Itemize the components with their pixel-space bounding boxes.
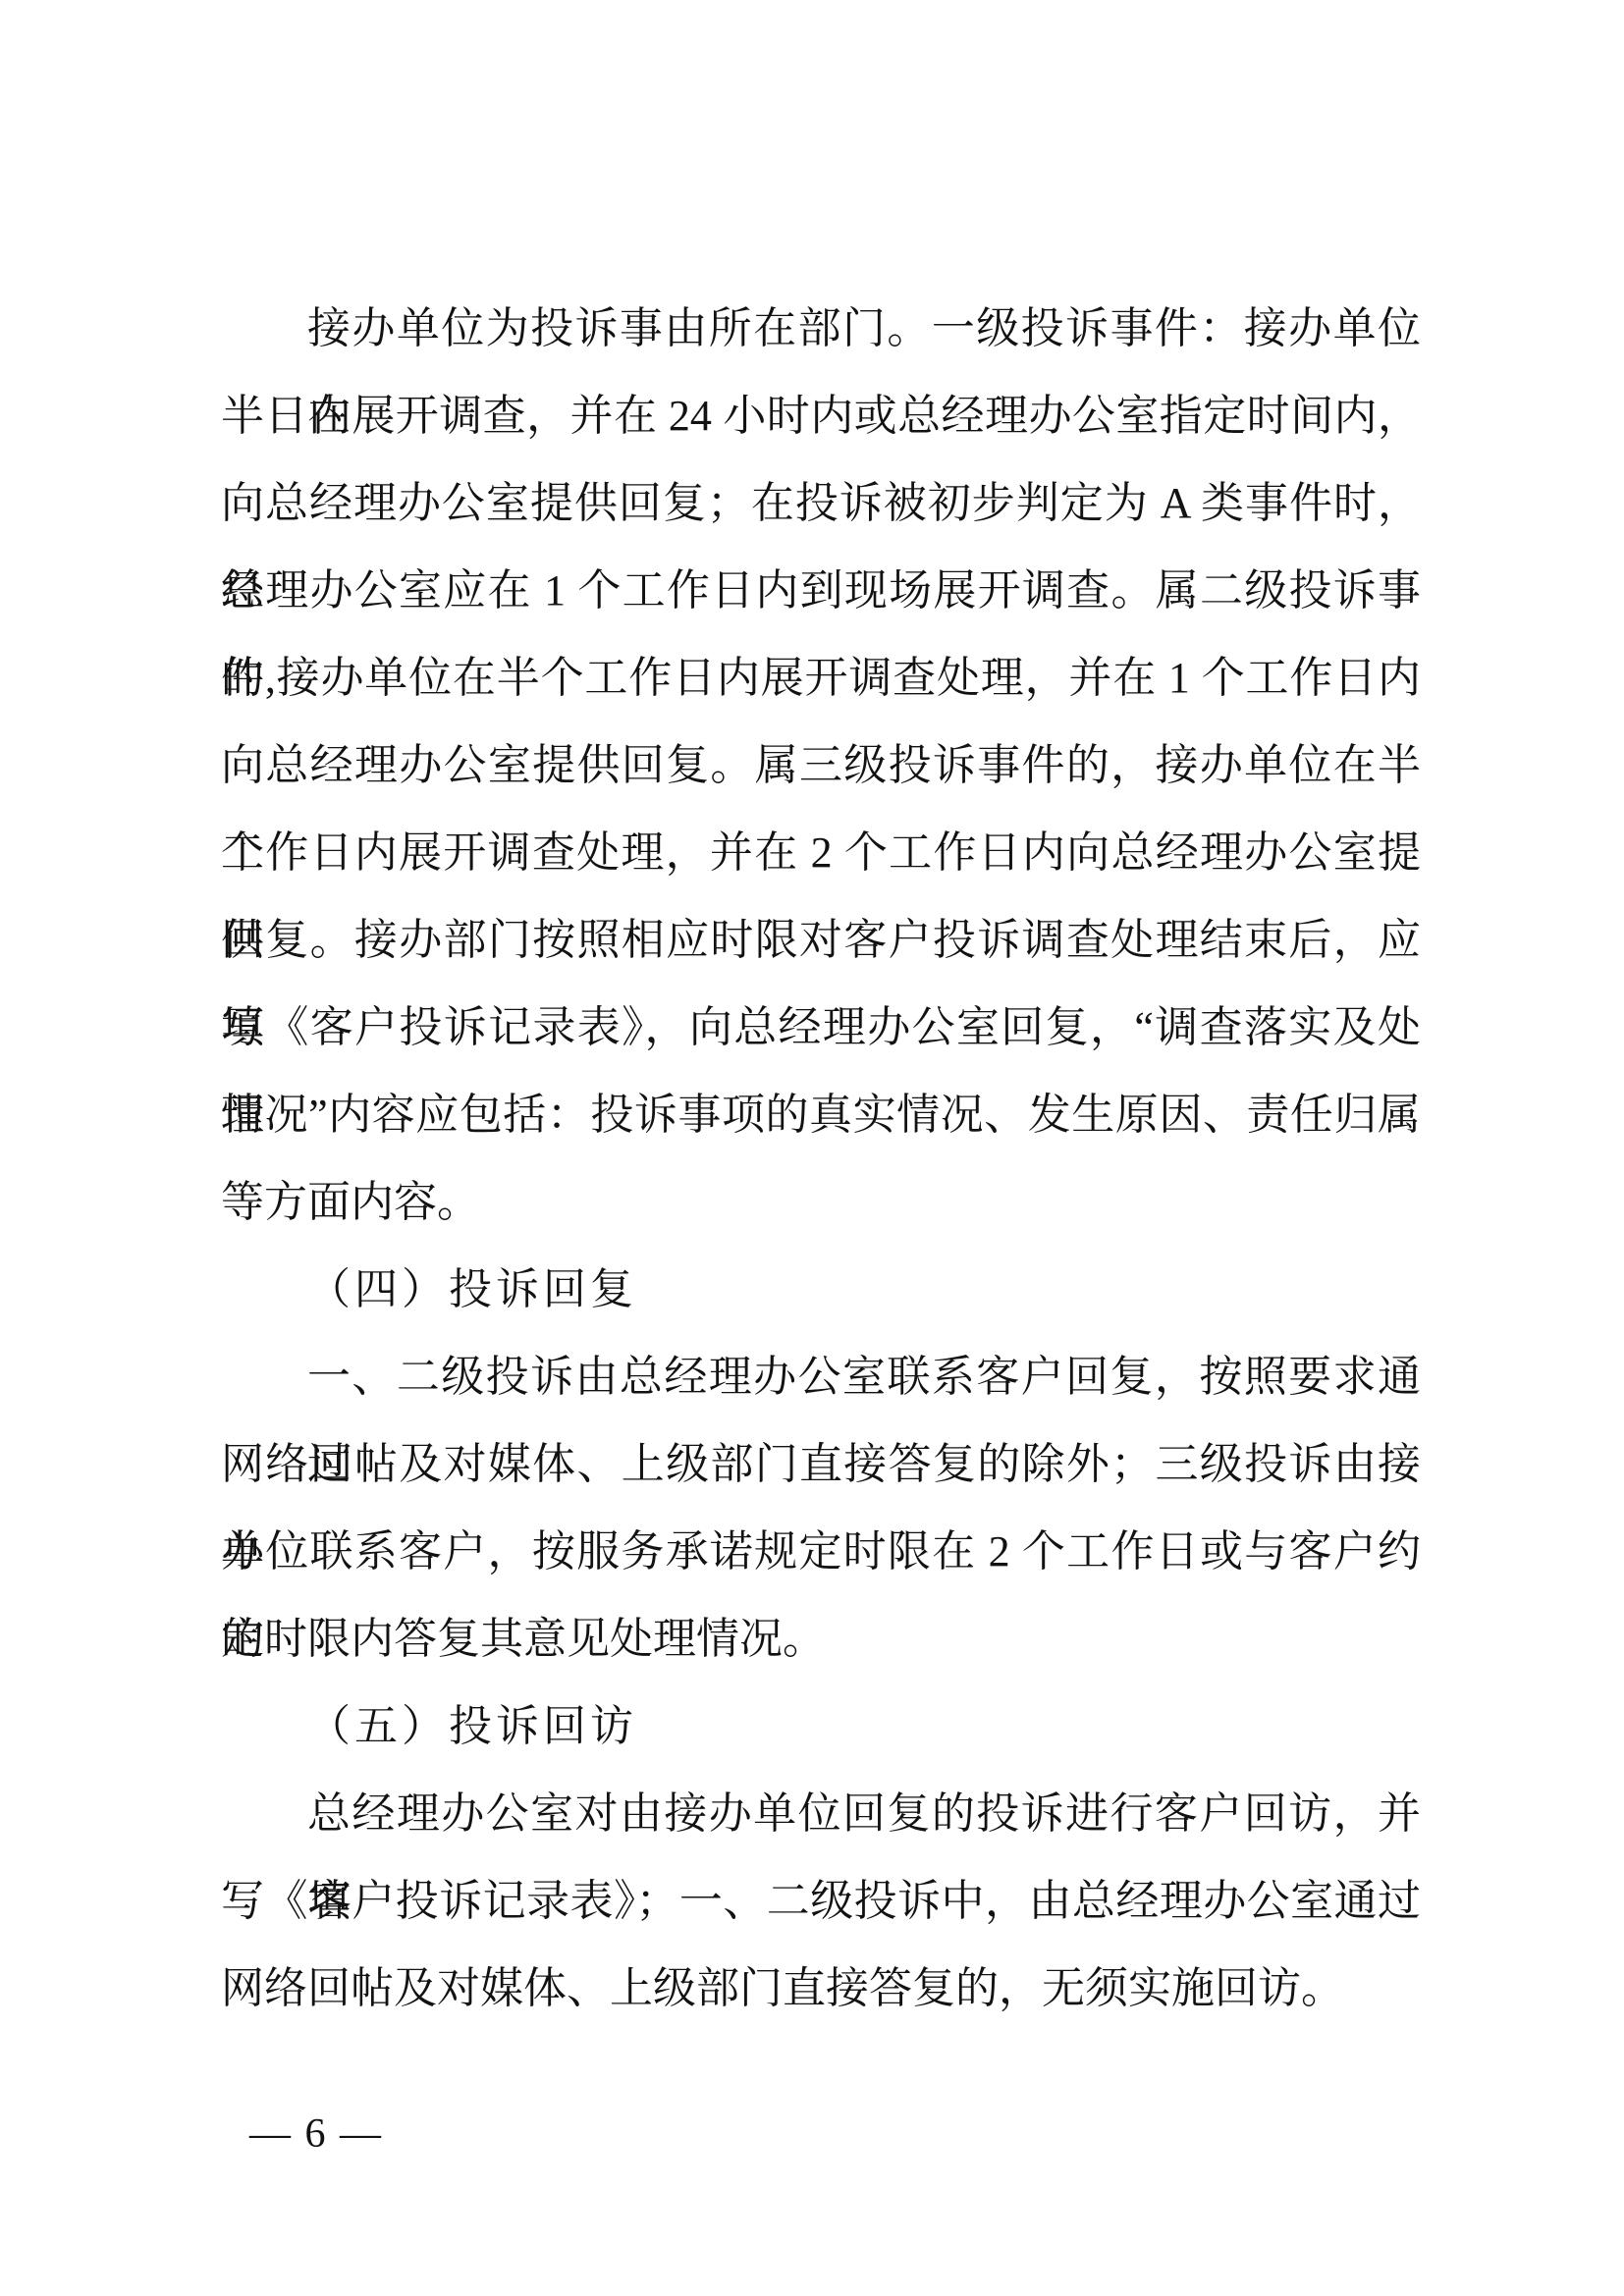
paragraph-line: 写《客户投诉记录表》，向总经理办公室回复，“调查落实及处理	[221, 984, 1421, 1071]
paragraph-line: 网络回帖及对媒体、上级部门直接答复的除外；三级投诉由接办	[221, 1420, 1421, 1508]
paragraph-line: 半日内展开调查，并在 24 小时内或总经理办公室指定时间内，	[221, 372, 1421, 459]
section-heading-complaint-followup: （五）投诉回访	[221, 1682, 1421, 1770]
section-heading-complaint-reply: （四）投诉回复	[221, 1246, 1421, 1333]
paragraph-line: 一、二级投诉由总经理办公室联系客户回复，按照要求通过	[221, 1333, 1421, 1420]
paragraph-line: 经理办公室应在 1 个工作日内到现场展开调查。属二级投诉事件	[221, 547, 1421, 634]
paragraph-line: 总经理办公室对由接办单位回复的投诉进行客户回访，并填	[221, 1770, 1421, 1857]
paragraph-line: 工作日内展开调查处理，并在 2 个工作日内向总经理办公室提供	[221, 809, 1421, 896]
document-body: 接办单位为投诉事由所在部门。一级投诉事件：接办单位在 半日内展开调查，并在 24…	[221, 285, 1421, 2032]
paragraph-line: 接办单位为投诉事由所在部门。一级投诉事件：接办单位在	[221, 285, 1421, 372]
paragraph-line: 写《客户投诉记录表》；一、二级投诉中，由总经理办公室通过	[221, 1857, 1421, 1945]
paragraph-line: 的时限内答复其意见处理情况。	[221, 1595, 1421, 1682]
paragraph-line: 回复。接办部门按照相应时限对客户投诉调查处理结束后，应填	[221, 896, 1421, 984]
page-number: — 6 —	[249, 2107, 383, 2162]
paragraph-line: 的,接办单位在半个工作日内展开调查处理，并在 1 个工作日内	[221, 634, 1421, 721]
document-page: 接办单位为投诉事由所在部门。一级投诉事件：接办单位在 半日内展开调查，并在 24…	[0, 0, 1624, 2296]
paragraph-line: 向总经理办公室提供回复；在投诉被初步判定为 A 类事件时，总	[221, 459, 1421, 547]
paragraph-line: 情况”内容应包括：投诉事项的真实情况、发生原因、责任归属	[221, 1071, 1421, 1158]
paragraph-line: 向总经理办公室提供回复。属三级投诉事件的，接办单位在半个	[221, 721, 1421, 809]
paragraph-line: 单位联系客户，按服务承诺规定时限在 2 个工作日或与客户约定	[221, 1508, 1421, 1595]
paragraph-line: 网络回帖及对媒体、上级部门直接答复的，无须实施回访。	[221, 1945, 1421, 2032]
paragraph-line: 等方面内容。	[221, 1158, 1421, 1246]
